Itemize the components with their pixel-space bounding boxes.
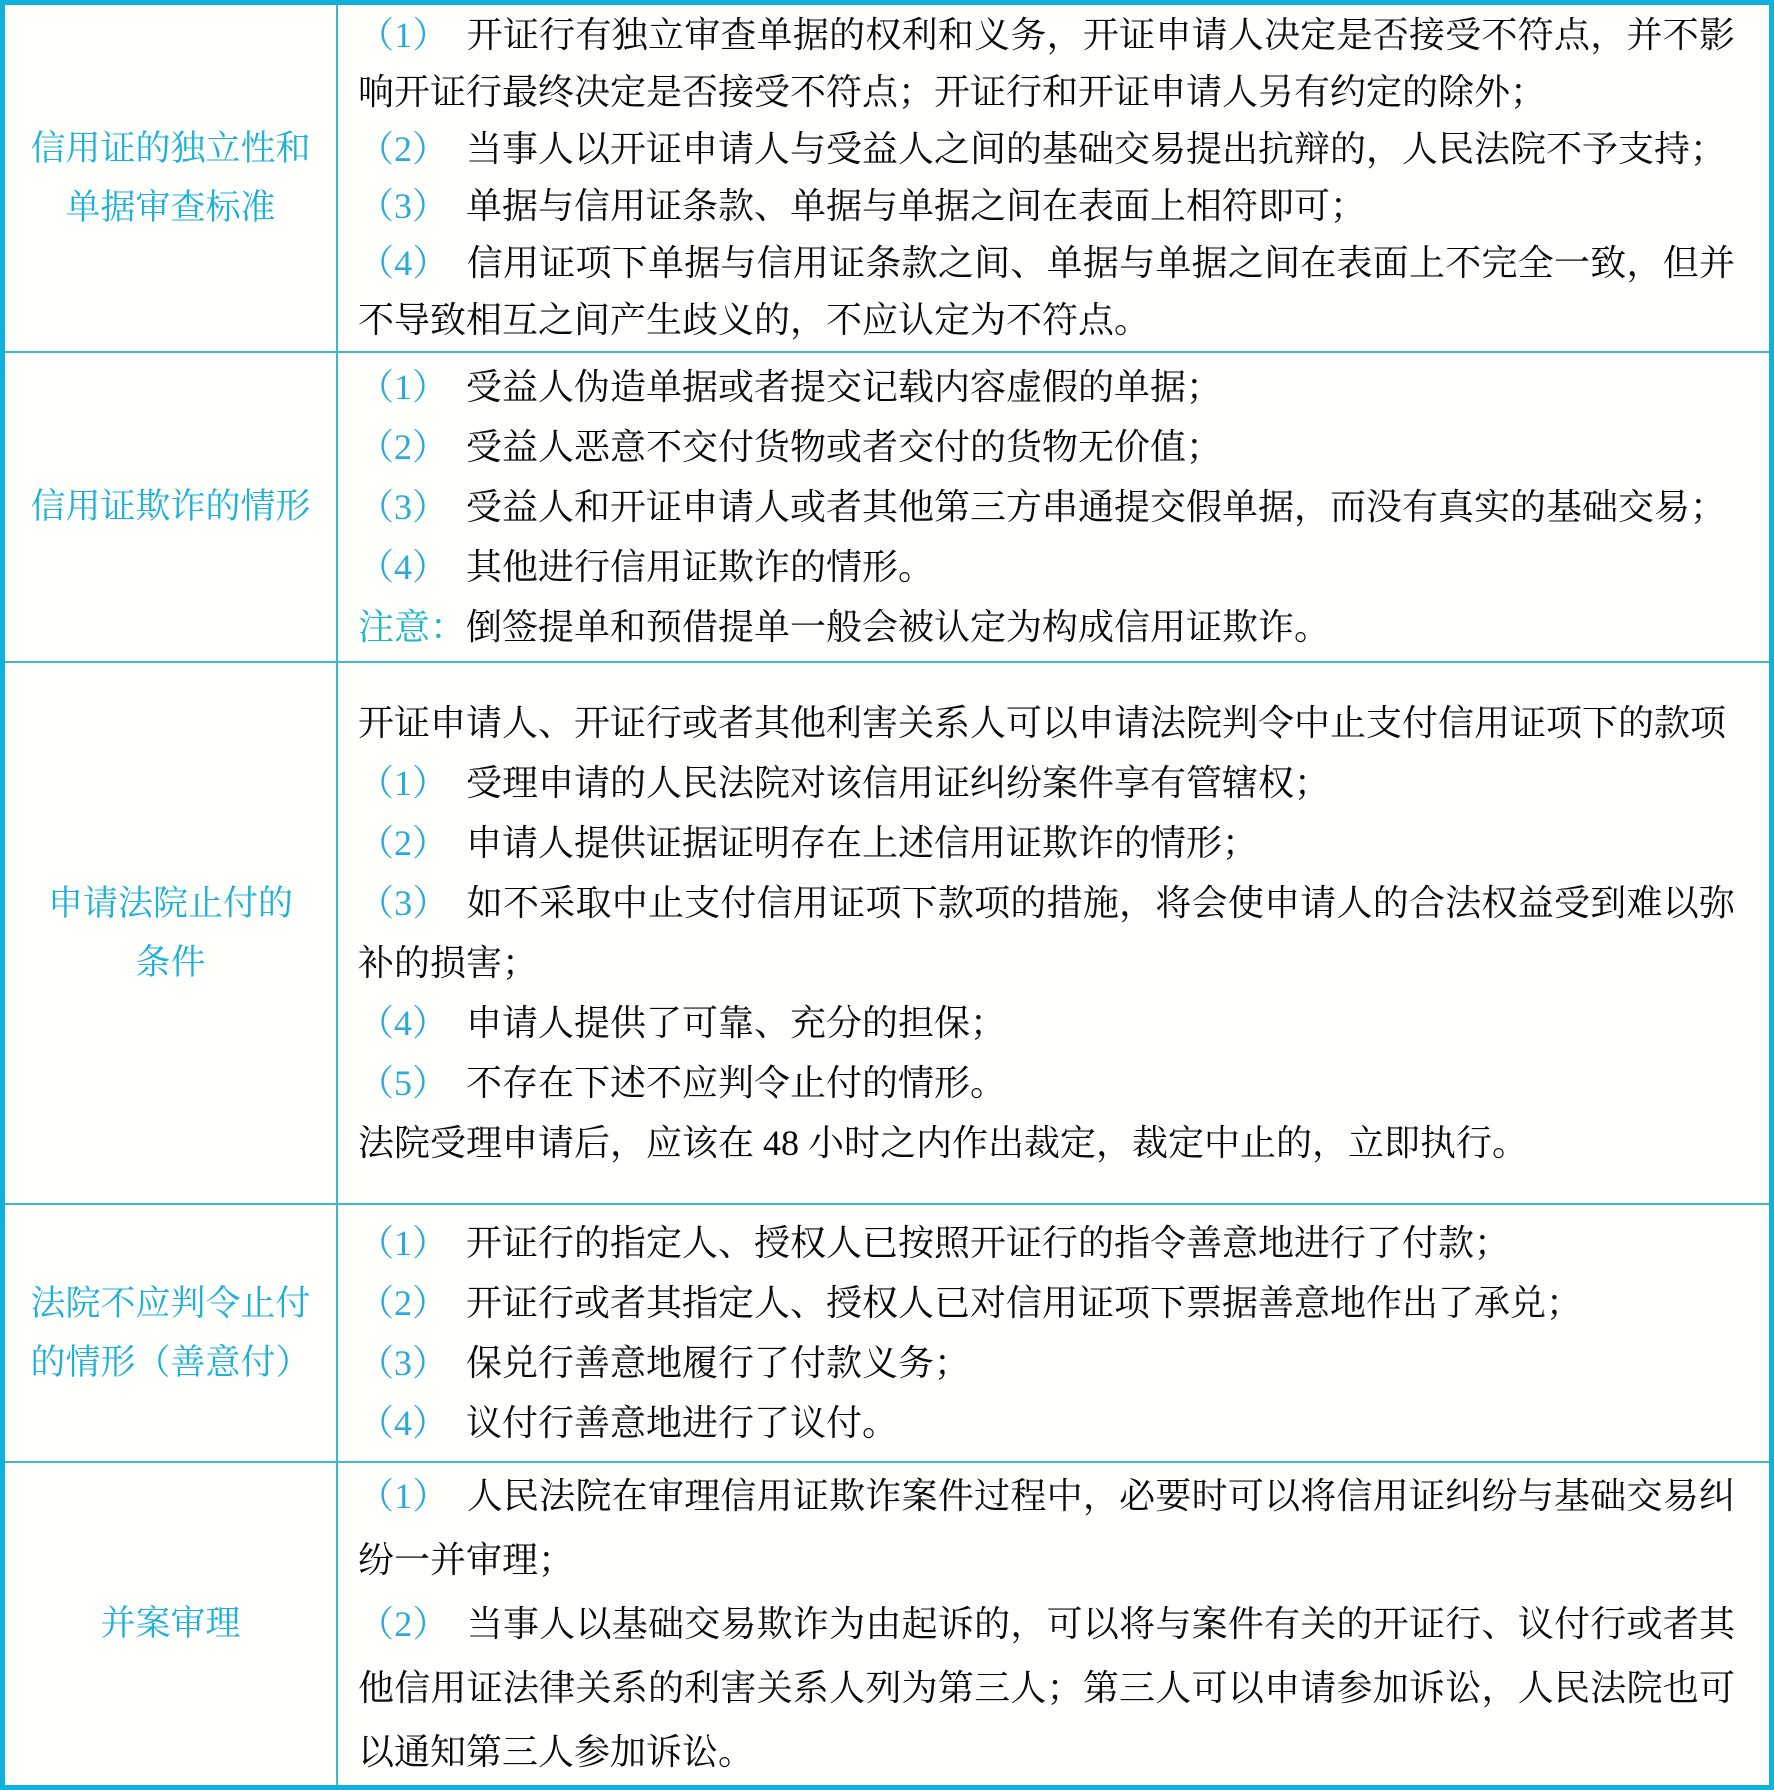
block-text: 法院受理申请后，应该在 48 小时之内作出裁定，裁定中止的，立即执行。 — [358, 1123, 1528, 1163]
item-number: （2） — [358, 1283, 448, 1323]
block-text: 如不采取中止支付信用证项下款项的措施，将会使申请人的合法权益受到难以弥补的损害； — [358, 883, 1735, 983]
item-number: （1） — [358, 1476, 449, 1516]
list-item: （2）申请人提供证据证明存在上述信用证欺诈的情形； — [358, 813, 1735, 873]
list-item: （2）开证行或者其指定人、授权人已对信用证项下票据善意地作出了承兑； — [358, 1273, 1735, 1333]
list-item: （1）开证行的指定人、授权人已按照开证行的指令善意地进行了付款； — [358, 1213, 1735, 1273]
list-item: （4）申请人提供了可靠、充分的担保； — [358, 993, 1735, 1053]
row-header-label: 法院不应判令止付 的情形（善意付） — [5, 1205, 338, 1461]
block-text: 开证申请人、开证行或者其他利害关系人可以申请法院判令中止支付信用证项下的款项 — [358, 703, 1726, 743]
paragraph: 法院受理申请后，应该在 48 小时之内作出裁定，裁定中止的，立即执行。 — [358, 1113, 1735, 1173]
item-number: （1） — [358, 367, 448, 407]
list-item: （3）如不采取中止支付信用证项下款项的措施，将会使申请人的合法权益受到难以弥补的… — [358, 873, 1735, 993]
item-number: （1） — [358, 763, 448, 803]
item-number: （4） — [358, 1003, 448, 1043]
list-item: （2）当事人以开证申请人与受益人之间的基础交易提出抗辩的，人民法院不予支持； — [358, 121, 1735, 178]
row-header-label: 申请法院止付的 条件 — [5, 663, 338, 1203]
table-row: 信用证欺诈的情形 （1）受益人伪造单据或者提交记载内容虚假的单据；（2）受益人恶… — [5, 353, 1769, 663]
row-body: （1）受益人伪造单据或者提交记载内容虚假的单据；（2）受益人恶意不交付货物或者交… — [338, 353, 1769, 661]
table-row: 信用证的独立性和 单据审查标准 （1）开证行有独立审查单据的权利和义务，开证申请… — [5, 5, 1769, 353]
block-text: 受理申请的人民法院对该信用证纠纷案件享有管辖权； — [466, 763, 1330, 803]
block-text: 人民法院在审理信用证欺诈案件过程中，必要时可以将信用证纠纷与基础交易纠纷一并审理… — [358, 1476, 1735, 1580]
list-item: （3）单据与信用证条款、单据与单据之间在表面上相符即可； — [358, 178, 1735, 235]
table-row: 并案审理 （1）人民法院在审理信用证欺诈案件过程中，必要时可以将信用证纠纷与基础… — [5, 1463, 1769, 1785]
row-header-label: 并案审理 — [5, 1463, 338, 1785]
note-line: 注意：倒签提单和预借提单一般会被认定为构成信用证欺诈。 — [358, 597, 1735, 657]
row-body: 开证申请人、开证行或者其他利害关系人可以申请法院判令中止支付信用证项下的款项（1… — [338, 663, 1769, 1203]
list-item: （3）保兑行善意地履行了付款义务； — [358, 1333, 1735, 1393]
list-item: （1）开证行有独立审查单据的权利和义务，开证申请人决定是否接受不符点，并不影响开… — [358, 7, 1735, 121]
block-text: 开证行或者其指定人、授权人已对信用证项下票据善意地作出了承兑； — [466, 1283, 1582, 1323]
block-text: 议付行善意地进行了议付。 — [466, 1403, 898, 1443]
item-number: （4） — [358, 547, 448, 587]
block-text: 保兑行善意地履行了付款义务； — [466, 1343, 970, 1383]
list-item: （2）当事人以基础交易欺诈为由起诉的，可以将与案件有关的开证行、议付行或者其他信… — [358, 1592, 1735, 1784]
item-number: （4） — [358, 1403, 448, 1443]
block-text: 受益人伪造单据或者提交记载内容虚假的单据； — [466, 367, 1222, 407]
block-text: 受益人和开证申请人或者其他第三方串通提交假单据，而没有真实的基础交易； — [466, 487, 1726, 527]
item-number: （3） — [358, 487, 448, 527]
item-number: （3） — [358, 883, 449, 923]
block-text: 倒签提单和预借提单一般会被认定为构成信用证欺诈。 — [466, 607, 1330, 647]
table-row: 申请法院止付的 条件 开证申请人、开证行或者其他利害关系人可以申请法院判令中止支… — [5, 663, 1769, 1205]
paragraph: 开证申请人、开证行或者其他利害关系人可以申请法院判令中止支付信用证项下的款项 — [358, 693, 1735, 753]
block-text: 受益人恶意不交付货物或者交付的货物无价值； — [466, 427, 1222, 467]
block-text: 开证行有独立审查单据的权利和义务，开证申请人决定是否接受不符点，并不影响开证行最… — [358, 15, 1735, 112]
row-header-label: 信用证欺诈的情形 — [5, 353, 338, 661]
item-number: （1） — [358, 15, 449, 55]
item-number: （5） — [358, 1063, 448, 1103]
note-label: 注意： — [358, 607, 466, 647]
block-text: 其他进行信用证欺诈的情形。 — [466, 547, 934, 587]
list-item: （1）受益人伪造单据或者提交记载内容虚假的单据； — [358, 357, 1735, 417]
credit-letter-rules-table: 信用证的独立性和 单据审查标准 （1）开证行有独立审查单据的权利和义务，开证申请… — [0, 0, 1774, 1790]
block-text: 单据与信用证条款、单据与单据之间在表面上相符即可； — [466, 186, 1366, 226]
item-number: （3） — [358, 1343, 448, 1383]
list-item: （4）其他进行信用证欺诈的情形。 — [358, 537, 1735, 597]
item-number: （2） — [358, 823, 448, 863]
item-number: （2） — [358, 427, 448, 467]
row-body: （1）人民法院在审理信用证欺诈案件过程中，必要时可以将信用证纠纷与基础交易纠纷一… — [338, 1463, 1769, 1785]
table-row: 法院不应判令止付 的情形（善意付） （1）开证行的指定人、授权人已按照开证行的指… — [5, 1205, 1769, 1463]
list-item: （3）受益人和开证申请人或者其他第三方串通提交假单据，而没有真实的基础交易； — [358, 477, 1735, 537]
item-number: （1） — [358, 1223, 448, 1263]
row-body: （1）开证行有独立审查单据的权利和义务，开证申请人决定是否接受不符点，并不影响开… — [338, 5, 1769, 351]
block-text: 开证行的指定人、授权人已按照开证行的指令善意地进行了付款； — [466, 1223, 1510, 1263]
list-item: （4）议付行善意地进行了议付。 — [358, 1393, 1735, 1453]
list-item: （5）不存在下述不应判令止付的情形。 — [358, 1053, 1735, 1113]
block-text: 不存在下述不应判令止付的情形。 — [466, 1063, 1006, 1103]
block-text: 申请人提供证据证明存在上述信用证欺诈的情形； — [466, 823, 1258, 863]
row-header-label: 信用证的独立性和 单据审查标准 — [5, 5, 338, 351]
list-item: （4）信用证项下单据与信用证条款之间、单据与单据之间在表面上不完全一致，但并不导… — [358, 235, 1735, 349]
list-item: （2）受益人恶意不交付货物或者交付的货物无价值； — [358, 417, 1735, 477]
block-text: 信用证项下单据与信用证条款之间、单据与单据之间在表面上不完全一致，但并不导致相互… — [358, 243, 1735, 340]
block-text: 申请人提供了可靠、充分的担保； — [466, 1003, 1006, 1043]
block-text: 当事人以开证申请人与受益人之间的基础交易提出抗辩的，人民法院不予支持； — [466, 129, 1726, 169]
item-number: （3） — [358, 186, 448, 226]
row-body: （1）开证行的指定人、授权人已按照开证行的指令善意地进行了付款；（2）开证行或者… — [338, 1205, 1769, 1461]
list-item: （1）受理申请的人民法院对该信用证纠纷案件享有管辖权； — [358, 753, 1735, 813]
item-number: （2） — [358, 1604, 449, 1644]
list-item: （1）人民法院在审理信用证欺诈案件过程中，必要时可以将信用证纠纷与基础交易纠纷一… — [358, 1464, 1735, 1592]
item-number: （4） — [358, 243, 449, 283]
item-number: （2） — [358, 129, 448, 169]
block-text: 当事人以基础交易欺诈为由起诉的，可以将与案件有关的开证行、议付行或者其他信用证法… — [358, 1604, 1735, 1772]
